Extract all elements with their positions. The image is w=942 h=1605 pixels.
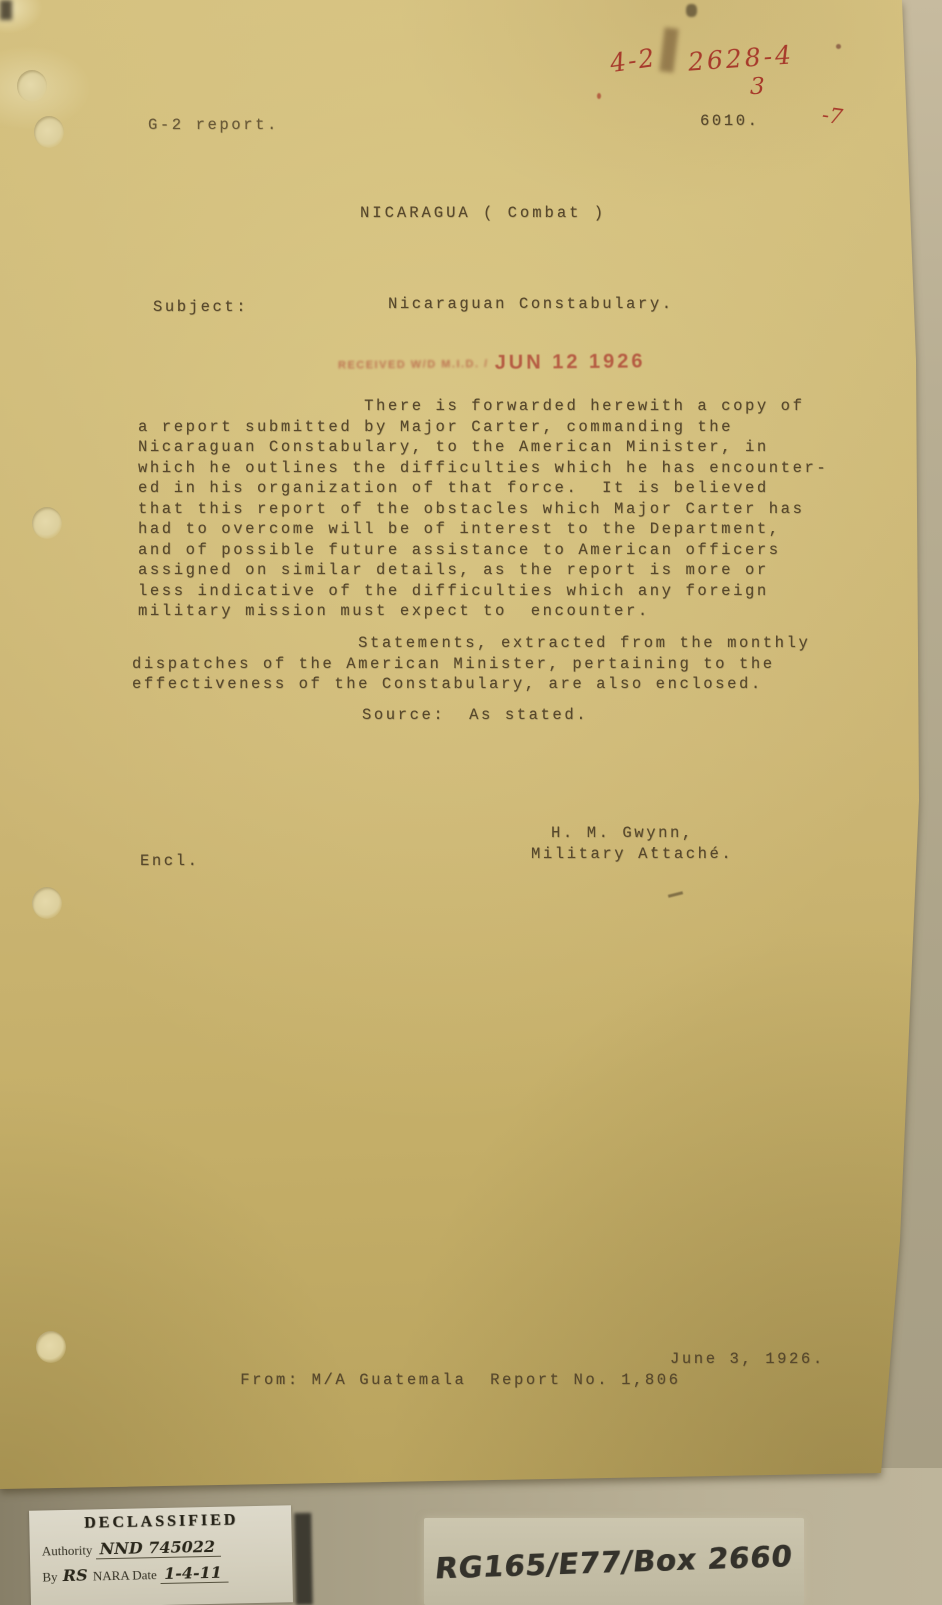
authority-label: Authority [42,1542,93,1558]
footer-date: June 3, 1926. [670,1349,825,1370]
received-stamp-date: JUN 12 1926 [495,350,646,374]
enclosure-note: Encl. [140,851,200,872]
signature-title: Military Attaché. [531,844,733,865]
received-date-stamp: RECEIVED W/D M.I.D. /JUN 12 1926 [338,350,646,376]
nara-date-label: NARA Date [93,1567,157,1583]
declassified-authority-row: Authority NND 745022 [42,1535,282,1559]
source-line: Source: As stated. [362,705,588,726]
citation-handwriting: RG165/E77/Box 2660 [434,1538,795,1585]
report-type-label: G-2 report. [148,115,279,136]
pen-dash-mark [668,891,683,898]
footer-line: From: M/A Guatemala Report No. 1,806 Jun… [145,1349,681,1431]
paper-sheet-wrapper: G-2 report. 6010. 4-2 2628-4 3 -7 NICARA… [0,0,942,1605]
red-pencil-page-mark: -7 [820,103,844,130]
received-stamp-text: RECEIVED W/D M.I.D. / [338,358,489,372]
file-number: 6010. [700,111,760,132]
dark-speck [686,4,697,17]
red-speck [836,44,841,49]
red-pencil-file-code: 2628-4 [687,40,795,76]
corner-shadow [0,0,12,20]
sticker-shadow-bar [294,1513,313,1605]
subject-value: Nicaraguan Constabulary. [388,294,674,315]
red-pencil-sub-number: 3 [750,74,765,100]
punch-hole [17,70,47,102]
signature-name: H. M. Gwynn, [551,823,694,844]
red-speck [597,93,601,99]
by-label: By [42,1569,57,1584]
body-paragraph-1: There is forwarded herewith a copy of a … [138,396,828,622]
punch-hole [32,887,62,919]
body-paragraph-2: Statements, extracted from the monthly d… [132,633,810,695]
by-value: RS [61,1566,90,1586]
punch-hole [36,1331,66,1363]
declassified-by-row: By RS NARA Date 1-4-11 [42,1561,282,1585]
nara-date-value: 1-4-11 [160,1563,228,1584]
punch-hole [32,507,62,539]
punch-hole [34,116,64,148]
archival-citation-strip: RG165/E77/Box 2660 [424,1518,804,1605]
red-pencil-group-number: 4-2 [608,43,658,78]
ink-smudge [659,27,678,72]
document-title: NICARAGUA ( Combat ) [360,203,606,224]
paper-sheet: G-2 report. 6010. 4-2 2628-4 3 -7 NICARA… [0,0,942,1500]
footer-from: From: M/A Guatemala Report No. 1,806 [240,1371,680,1389]
subject-label: Subject: [153,297,248,318]
scanned-document-photo: G-2 report. 6010. 4-2 2628-4 3 -7 NICARA… [0,0,942,1605]
declassified-sticker: DECLASSIFIED Authority NND 745022 By RS … [29,1505,293,1605]
authority-value: NND 745022 [95,1537,221,1560]
declassified-title: DECLASSIFIED [41,1510,281,1533]
